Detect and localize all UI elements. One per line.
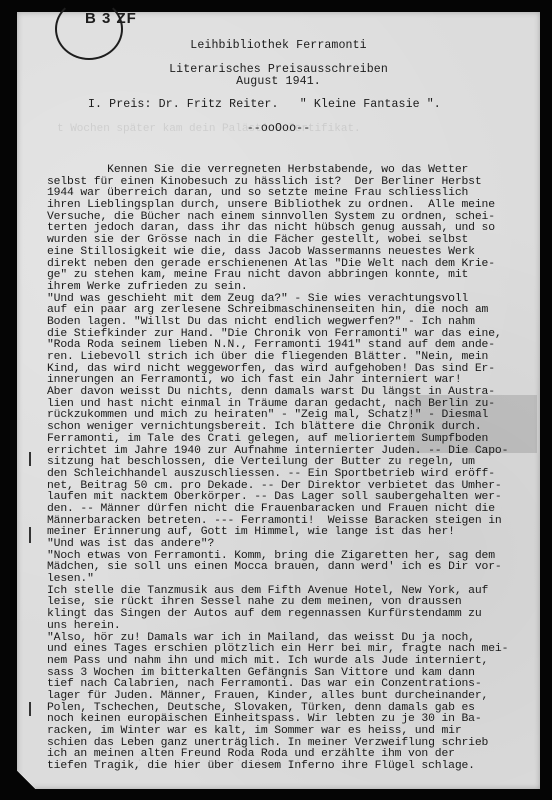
- text-line: nem Pass und nahm ihn und mich mit. Ich …: [47, 656, 537, 668]
- separator: --ooOoo--: [17, 122, 540, 135]
- text-line: lager für Juden. Männer, Frauen, Kinder,…: [47, 691, 537, 703]
- document-page: B 3 ZF t Wochen später kam dein Palästin…: [17, 12, 540, 789]
- page-curl: [17, 771, 35, 789]
- margin-mark: [29, 452, 31, 466]
- text-line: "Und was ist das andere"?: [47, 539, 537, 551]
- text-line: tiefen Tragik, die hier über diesem Infe…: [47, 761, 537, 773]
- margin-mark: [29, 702, 31, 716]
- margin-mark: [29, 527, 31, 543]
- text-line: Kennen Sie die verregneten Herbstabende,…: [47, 165, 537, 177]
- text-line: ren. Liebevoll strich ich über die flieg…: [47, 352, 537, 364]
- text-line: den. -- Männer dürfen nicht die Frauenba…: [47, 504, 537, 516]
- text-line: Aber davon weisst Du nichts, denn damals…: [47, 387, 537, 399]
- text-line: uns herein.: [47, 621, 537, 633]
- text-line: eine Stillosigkeit wie die, dass Jacob W…: [47, 247, 537, 259]
- prize-line: I. Preis: Dr. Fritz Reiter. " Kleine Fan…: [88, 98, 441, 111]
- text-line: den Schleichhandel auszuschliessen. -- E…: [47, 469, 537, 481]
- text-line: Boden lagen. "Willst Du das nicht endlic…: [47, 317, 537, 329]
- text-line: Mädchen, sie soll uns einen Mocca brauen…: [47, 562, 537, 574]
- library-title: Leihbibliothek Ferramonti: [17, 39, 540, 52]
- text-line: Ferramonti, im Tale des Crati gelegen, a…: [47, 434, 537, 446]
- text-line: ihren Lieblingsplan durch, unsere Biblio…: [47, 200, 537, 212]
- text-line: ihrem Werke zufrieden zu sein.: [47, 282, 537, 294]
- story-body: Kennen Sie die verregneten Herbstabende,…: [47, 165, 537, 773]
- text-line: lesen.": [47, 574, 537, 586]
- contest-date: August 1941.: [17, 75, 540, 88]
- text-line: racken, im Winter war es kalt, im Sommer…: [47, 726, 537, 738]
- stamp-label: B 3 ZF: [85, 10, 137, 27]
